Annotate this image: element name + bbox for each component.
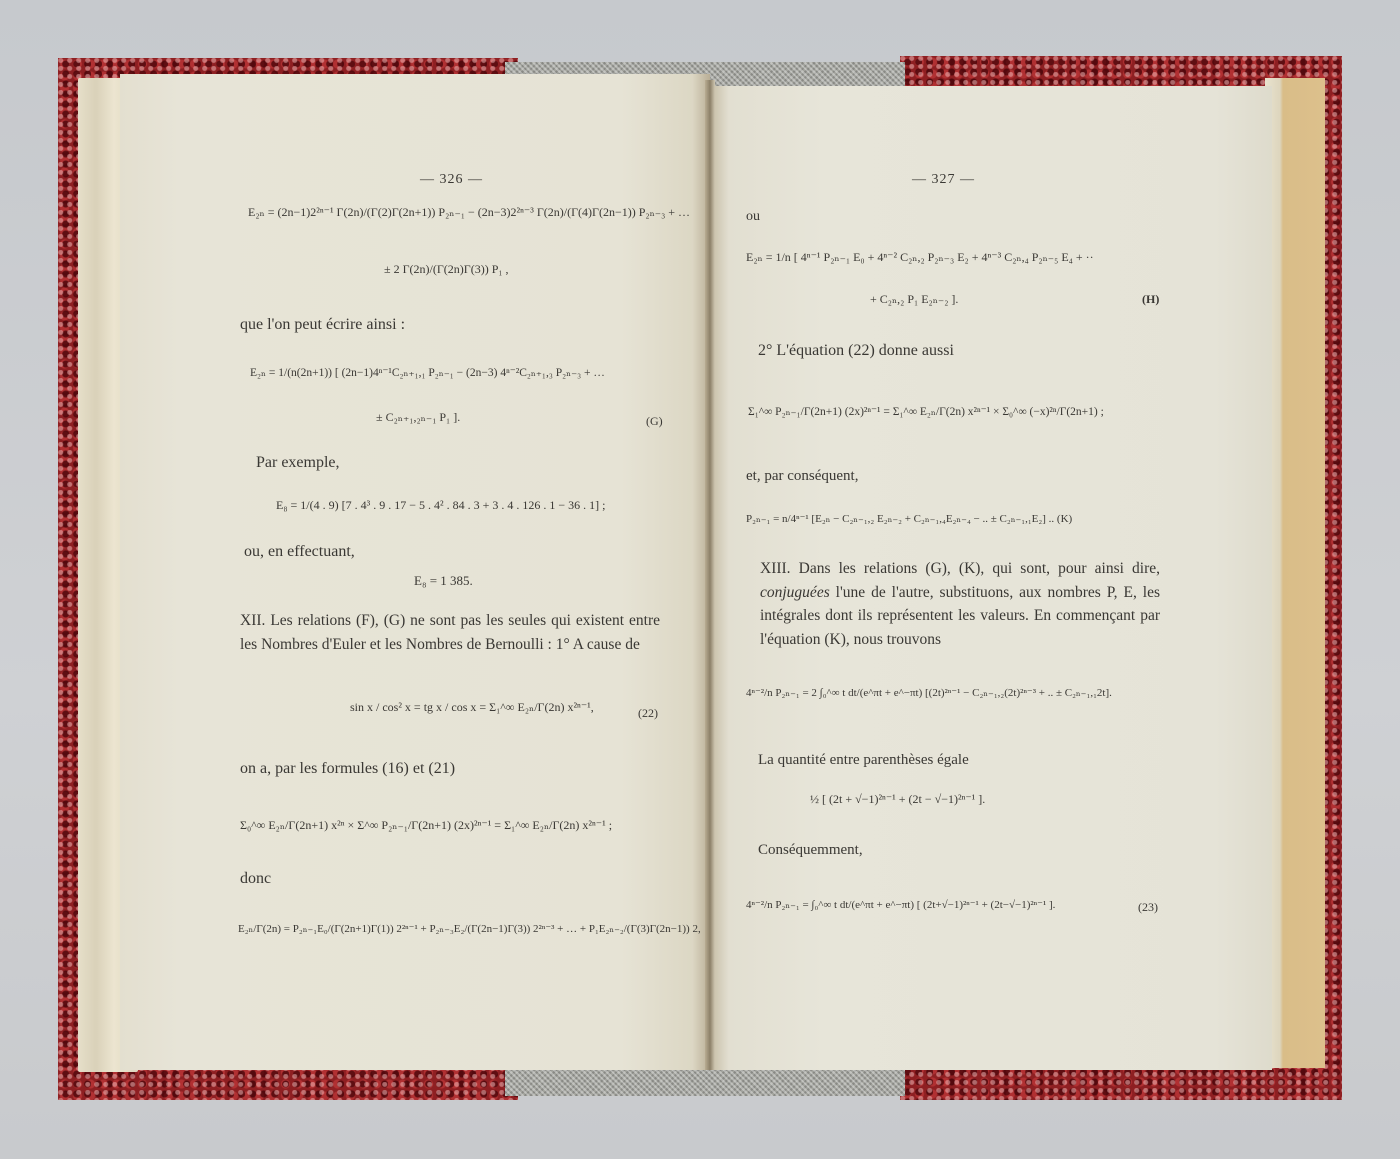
book-gutter — [705, 80, 715, 1070]
equation-product-of-series: Σ₀^∞ E₂ₙ/Γ(2n+1) x²ⁿ × Σ^∞ P₂ₙ₋₁/Γ(2n+1)… — [240, 818, 612, 833]
text-donc: donc — [240, 864, 271, 893]
text-la-quantite: La quantité entre parenthèses égale — [758, 746, 969, 775]
equation-22: sin x / cos² x = tg x / cos x = Σ₁^∞ E₂ₙ… — [350, 700, 594, 715]
equation-23: 4ⁿ⁻²/n P₂ₙ₋₁ = ∫₀^∞ t dt/(e^πt + e^−πt) … — [746, 898, 1055, 911]
equation-result-E8: E₈ = 1 385. — [414, 573, 473, 589]
equation-tag-23: (23) — [1138, 900, 1158, 915]
equation-e2n-expansion-line1: E₂ₙ = (2n−1)2²ⁿ⁻¹ Γ(2n)/(Γ(2)Γ(2n+1)) P₂… — [248, 205, 690, 220]
text-on-a-par-les-formules: on a, par les formules (16) et (21) — [240, 754, 455, 783]
equation-H-line1: E₂ₙ = 1/n [ 4ⁿ⁻¹ P₂ₙ₋₁ E₀ + 4ⁿ⁻² C₂ₙ,₂ P… — [746, 250, 1094, 265]
text-que-lon-peut: que l'on peut écrire ainsi : — [240, 310, 405, 339]
text-ou-en-effectuant: ou, en effectuant, — [244, 537, 355, 566]
equation-example-E8: E₈ = 1/(4 . 9) [7 . 4³ . 9 . 17 − 5 . 4²… — [276, 498, 605, 513]
text-et-par-consequent: et, par conséquent, — [746, 462, 858, 491]
equation-H-line2: + C₂ₙ,₂ P₁ E₂ₙ₋₂ ]. — [870, 292, 958, 307]
page-block-edge-right — [1265, 78, 1325, 1068]
equation-half-bracket: ½ [ (2t + √−1)²ⁿ⁻¹ + (2t − √−1)²ⁿ⁻¹ ]. — [810, 792, 985, 807]
page-number-right: — 327 — — [912, 172, 975, 188]
equation-tag-G: (G) — [646, 414, 663, 429]
text-par-exemple: Par exemple, — [256, 448, 340, 477]
equation-G-line2: ± C₂ₙ₊₁,₂ₙ₋₁ P₁ ]. — [376, 410, 460, 425]
text-consequemment: Conséquemment, — [758, 836, 863, 865]
equation-donc: E₂ₙ/Γ(2n) = P₂ₙ₋₁E₀/(Γ(2n+1)Γ(1)) 2²ⁿ⁻¹ … — [238, 922, 701, 935]
equation-e2n-expansion-line2: ± 2 Γ(2n)/(Γ(2n)Γ(3)) P₁ , — [384, 262, 509, 277]
equation-integral-1: 4ⁿ⁻²/n P₂ₙ₋₁ = 2 ∫₀^∞ t dt/(e^πt + e^−πt… — [746, 686, 1112, 699]
text-ou: ou — [746, 202, 760, 231]
paragraph-XIII: XIII. Dans les relations (G), (K), qui s… — [760, 557, 1160, 651]
equation-tag-22: (22) — [638, 706, 658, 721]
equation-G-line1: E₂ₙ = 1/(n(2n+1)) [ (2n−1)4ⁿ⁻¹C₂ₙ₊₁,₁ P₂… — [250, 365, 605, 379]
equation-tag-H: (H) — [1142, 292, 1159, 307]
italic-conjuguees: conjuguées — [760, 584, 830, 601]
text-equation-22-donne-aussi: 2° L'équation (22) donne aussi — [758, 336, 954, 365]
left-page — [120, 74, 710, 1070]
spine-cloth-bottom — [505, 1066, 905, 1096]
page-number-left: — 326 — — [420, 172, 483, 188]
equation-series-identity: Σ₁^∞ P₂ₙ₋₁/Γ(2n+1) (2x)²ⁿ⁻¹ = Σ₁^∞ E₂ₙ/Γ… — [748, 404, 1104, 418]
paragraph-XII: XII. Les relations (F), (G) ne sont pas … — [240, 609, 660, 656]
equation-K: P₂ₙ₋₁ = n/4ⁿ⁻¹ [E₂ₙ − C₂ₙ₋₁,₂ E₂ₙ₋₂ + C₂… — [746, 512, 1072, 525]
